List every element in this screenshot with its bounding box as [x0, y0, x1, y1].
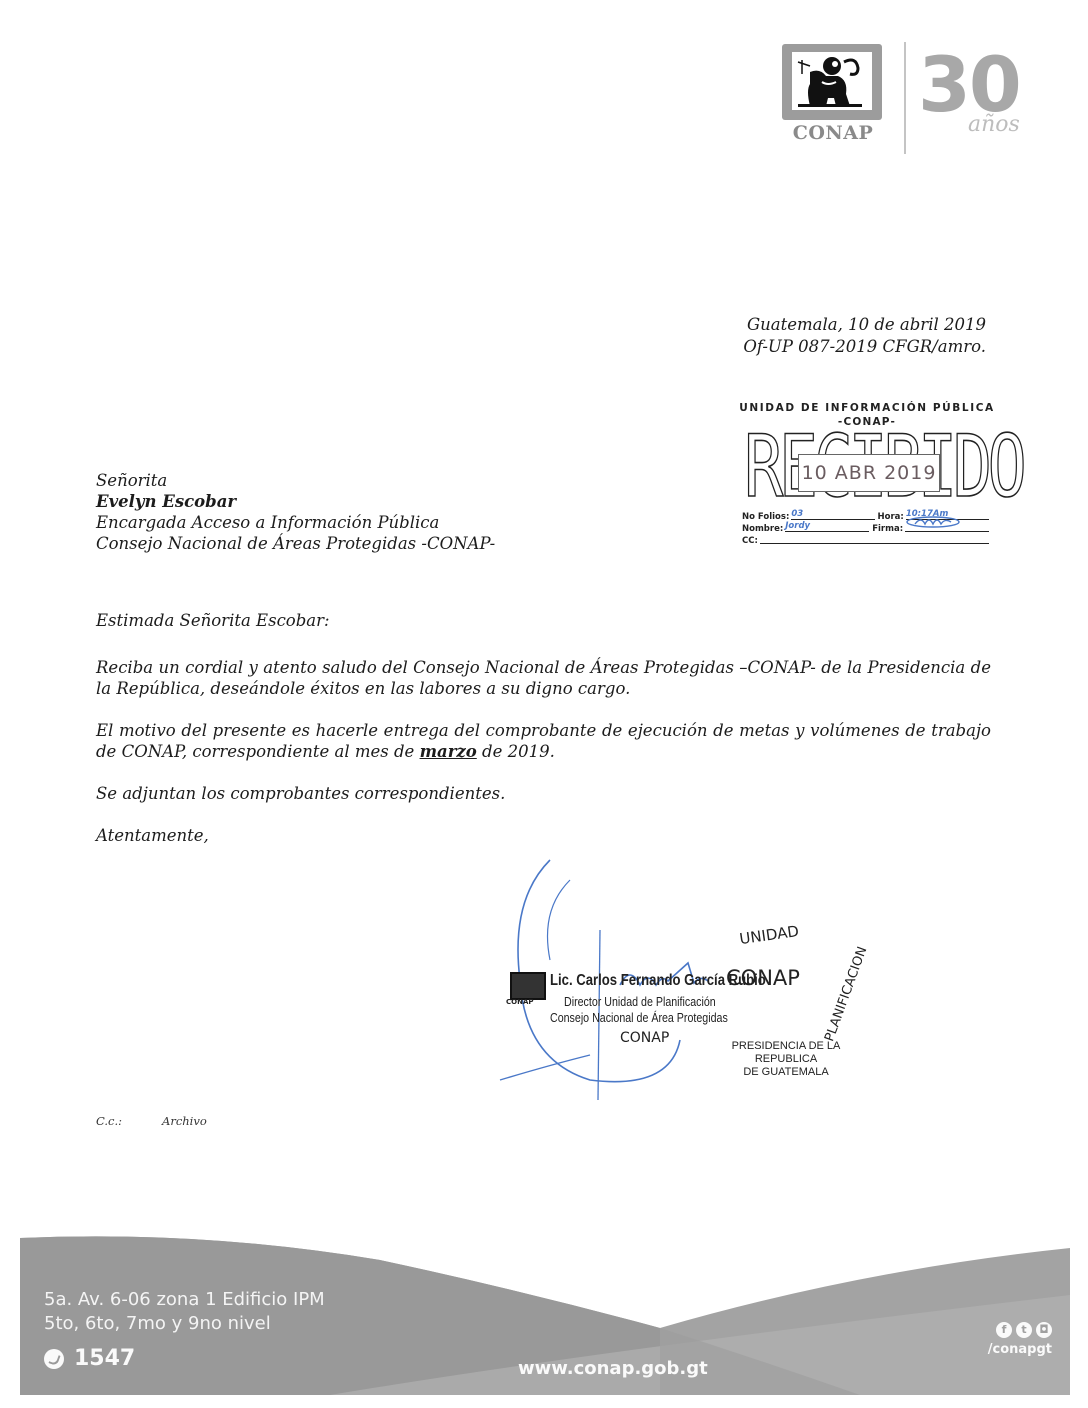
seal-top-text: UNIDAD	[738, 922, 800, 948]
signature-block: UNIDAD PLANIFICACION CONAP Lic. Carlos F…	[470, 840, 870, 1110]
reference-number: Of-UP 087-2019 CFGR/amro.	[743, 336, 986, 358]
phone-number: 1547	[74, 1346, 135, 1371]
carbon-copy: C.c.:Archivo	[96, 1114, 207, 1128]
report-month: marzo	[420, 742, 477, 761]
signer-title: Director Unidad de Planificación	[564, 994, 716, 1009]
social-icons: f t ◘	[996, 1322, 1052, 1338]
stamp-fields: No Folios: 03 Hora: 10:17Am Nombre: Jord…	[742, 510, 992, 546]
greeting: Estimada Señorita Escobar:	[96, 610, 991, 631]
phone-icon	[44, 1349, 64, 1369]
facebook-icon[interactable]: f	[996, 1322, 1012, 1338]
social-handle[interactable]: /conapgt	[988, 1342, 1052, 1357]
paragraph-attachments: Se adjuntan los comprobantes correspondi…	[96, 783, 991, 804]
hora-label: Hora:	[878, 512, 904, 522]
place-date: Guatemala, 10 de abril 2019	[743, 314, 986, 336]
stamp-row-cc: CC:	[742, 534, 992, 546]
paragraph-purpose: El motivo del presente es hacerle entreg…	[96, 720, 991, 762]
stamp-subheading: -CONAP-	[738, 416, 996, 428]
footer-address: 5a. Av. 6-06 zona 1 Edificio IPM 5to, 6t…	[44, 1288, 325, 1336]
received-stamp: RECIBIDO UNIDAD DE INFORMACIÓN PÚBLICA -…	[738, 402, 1028, 582]
conap-emblem	[782, 44, 882, 120]
address-line2: 5to, 6to, 7mo y 9no nivel	[44, 1312, 325, 1336]
stamp-row-nombre: Nombre: Jordy Firma:	[742, 522, 992, 534]
instagram-icon[interactable]: ◘	[1036, 1322, 1052, 1338]
footer-phone: 1547	[44, 1346, 135, 1371]
signer-org-short: CONAP	[620, 1030, 669, 1046]
nombre-value: Jordy	[785, 521, 810, 531]
cc-label: C.c.:	[96, 1114, 122, 1128]
conap-small-logo-word: CONAP	[506, 998, 534, 1006]
seal-footer-line1: PRESIDENCIA DE LA REPUBLICA	[706, 1040, 866, 1066]
seal-footer-line2: DE GUATEMALA	[706, 1066, 866, 1079]
cc-value: Archivo	[162, 1114, 207, 1128]
stamp-heading: UNIDAD DE INFORMACIÓN PÚBLICA	[738, 402, 996, 414]
anniversary-word: años	[968, 112, 1020, 137]
footer-website[interactable]: www.conap.gob.gt	[518, 1358, 708, 1379]
recipient-block: Señorita Evelyn Escobar Encargada Acceso…	[96, 470, 495, 554]
twitter-icon[interactable]: t	[1016, 1322, 1032, 1338]
conap-30-anos-logo: CONAP 30 años	[780, 40, 1040, 155]
firma-label: Firma:	[872, 524, 903, 534]
monkey-icon	[792, 52, 872, 110]
seal-footer: PRESIDENCIA DE LA REPUBLICA DE GUATEMALA	[706, 1040, 866, 1079]
handwritten-signature-icon	[905, 516, 965, 528]
seal-center-text: CONAP	[726, 966, 800, 990]
address-line1: 5a. Av. 6-06 zona 1 Edificio IPM	[44, 1288, 325, 1312]
dateline: Guatemala, 10 de abril 2019 Of-UP 087-20…	[743, 314, 986, 358]
seal-side-text: PLANIFICACION	[822, 945, 870, 1044]
folios-value: 03	[791, 509, 803, 519]
recipient-name: Evelyn Escobar	[96, 491, 495, 512]
stamp-date: 10 ABR 2019	[798, 454, 940, 492]
purpose-year: de 2019.	[477, 742, 555, 761]
conap-small-logo-icon	[510, 972, 546, 1000]
signer-organization: Consejo Nacional de Área Protegidas	[550, 1010, 728, 1025]
nombre-label: Nombre:	[742, 524, 783, 534]
logo-wordmark: CONAP	[780, 122, 886, 144]
paragraph-greeting: Reciba un cordial y atento saludo del Co…	[96, 657, 991, 699]
cc-stamp-label: CC:	[742, 536, 758, 546]
folios-label: No Folios:	[742, 512, 789, 522]
footer-banner: 5a. Av. 6-06 zona 1 Edificio IPM 5to, 6t…	[0, 1200, 1088, 1408]
recipient-position: Encargada Acceso a Información Pública	[96, 512, 495, 533]
recipient-organization: Consejo Nacional de Áreas Protegidas -CO…	[96, 533, 495, 554]
letter-body: Estimada Señorita Escobar: Reciba un cor…	[96, 610, 991, 867]
logo-divider	[904, 42, 906, 154]
recipient-title: Señorita	[96, 470, 495, 491]
